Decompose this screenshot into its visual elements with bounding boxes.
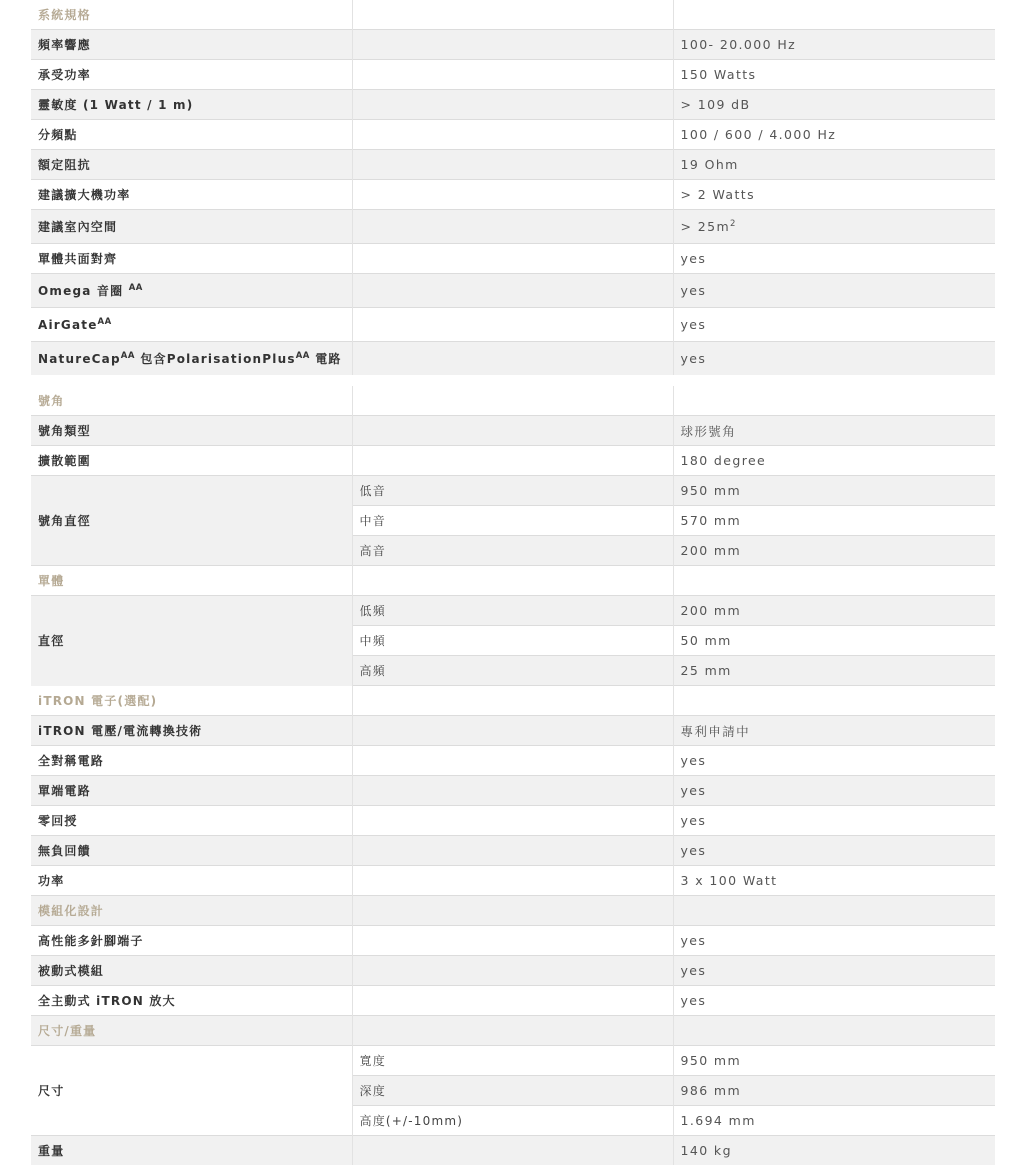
table-row: 建議室內空間 > 25m2	[31, 210, 995, 244]
table-row: 全主動式 iTRON 放大 yes	[31, 986, 995, 1016]
row-label: 單體共面對齊	[31, 244, 352, 274]
row-value: yes	[673, 926, 995, 956]
row-label: 額定阻抗	[31, 150, 352, 180]
trademark-sup: AA	[98, 317, 112, 327]
table-row: 無負回饋 yes	[31, 836, 995, 866]
row-value: yes	[673, 274, 995, 308]
row-value: 3 x 100 Watt	[673, 866, 995, 896]
row-label: Omega 音圈 AA	[31, 274, 352, 308]
row-value: yes	[673, 244, 995, 274]
sub-label: 高度(+/-10mm)	[352, 1106, 673, 1136]
table-row: 單體共面對齊 yes	[31, 244, 995, 274]
row-label: 零回授	[31, 806, 352, 836]
row-value: 1.694 mm	[673, 1106, 995, 1136]
row-value: 25 mm	[673, 656, 995, 686]
label-text: AirGate	[38, 318, 98, 332]
value-text: > 25m	[681, 219, 731, 234]
row-label: 功率	[31, 866, 352, 896]
table-row: iTRON 電壓/電流轉換技術 專利申請中	[31, 716, 995, 746]
row-label: 重量	[31, 1136, 352, 1166]
table-row: 功率 3 x 100 Watt	[31, 866, 995, 896]
section-header-horn: 號角	[31, 386, 995, 416]
row-value: 50 mm	[673, 626, 995, 656]
row-value: 180 degree	[673, 446, 995, 476]
row-value: yes	[673, 806, 995, 836]
label-text: Omega 音圈	[38, 284, 129, 298]
row-value: yes	[673, 956, 995, 986]
row-value: 專利申請中	[673, 716, 995, 746]
row-value: > 109 dB	[673, 90, 995, 120]
table-row: Omega 音圈 AA yes	[31, 274, 995, 308]
table-row: 頻率響應 100- 20.000 Hz	[31, 30, 995, 60]
table-row: 直徑 低頻 200 mm	[31, 596, 995, 626]
table-row: 號角類型 球形號角	[31, 416, 995, 446]
row-label: 擴散範圍	[31, 446, 352, 476]
row-value: yes	[673, 776, 995, 806]
sub-label: 低頻	[352, 596, 673, 626]
section-spacer	[31, 375, 995, 386]
table-row: 號角直徑 低音 950 mm	[31, 476, 995, 506]
row-value: yes	[673, 986, 995, 1016]
table-row: 單端電路 yes	[31, 776, 995, 806]
row-label: 建議室內空間	[31, 210, 352, 244]
row-value: 19 Ohm	[673, 150, 995, 180]
row-label: 分頻點	[31, 120, 352, 150]
table-row: 高性能多針腳端子 yes	[31, 926, 995, 956]
section-title: iTRON 電子(選配)	[31, 686, 352, 716]
trademark-sup: AA	[121, 351, 135, 361]
row-value: 950 mm	[673, 476, 995, 506]
row-label: 頻率響應	[31, 30, 352, 60]
row-label: 尺寸	[31, 1046, 352, 1136]
label-part: 包含PolarisationPlus	[135, 352, 296, 366]
row-value: 100 / 600 / 4.000 Hz	[673, 120, 995, 150]
section-header-itron: iTRON 電子(選配)	[31, 686, 995, 716]
row-label: iTRON 電壓/電流轉換技術	[31, 716, 352, 746]
row-label: 直徑	[31, 596, 352, 686]
row-value: yes	[673, 836, 995, 866]
section-header-driver: 單體	[31, 566, 995, 596]
section-title: 單體	[31, 566, 352, 596]
row-value: > 2 Watts	[673, 180, 995, 210]
spec-table: 系統規格 頻率響應 100- 20.000 Hz 承受功率 150 Watts …	[31, 0, 995, 1165]
label-part: NatureCap	[38, 352, 121, 366]
row-value: 200 mm	[673, 536, 995, 566]
row-label: AirGateAA	[31, 308, 352, 342]
row-label: 全主動式 iTRON 放大	[31, 986, 352, 1016]
trademark-sup: AA	[129, 283, 143, 293]
section-header-system: 系統規格	[31, 0, 995, 30]
section-title: 系統規格	[31, 0, 352, 30]
label-part: 電路	[310, 352, 342, 366]
row-value: 950 mm	[673, 1046, 995, 1076]
table-row: 靈敏度 (1 Watt / 1 m) > 109 dB	[31, 90, 995, 120]
table-row: 額定阻抗 19 Ohm	[31, 150, 995, 180]
row-label: 全對稱電路	[31, 746, 352, 776]
section-title: 模組化設計	[31, 896, 352, 926]
row-value: 140 kg	[673, 1136, 995, 1166]
row-value: 100- 20.000 Hz	[673, 30, 995, 60]
row-label: 靈敏度 (1 Watt / 1 m)	[31, 90, 352, 120]
table-row: 擴散範圍 180 degree	[31, 446, 995, 476]
row-value: yes	[673, 308, 995, 342]
table-row: AirGateAA yes	[31, 308, 995, 342]
table-row: 被動式模組 yes	[31, 956, 995, 986]
row-value: yes	[673, 342, 995, 376]
sub-label: 中音	[352, 506, 673, 536]
row-value: 986 mm	[673, 1076, 995, 1106]
table-row: 尺寸 寬度 950 mm	[31, 1046, 995, 1076]
row-value: > 25m2	[673, 210, 995, 244]
row-label: 號角類型	[31, 416, 352, 446]
row-value: 200 mm	[673, 596, 995, 626]
row-label: NatureCapAA 包含PolarisationPlusAA 電路	[31, 342, 352, 376]
row-value: 570 mm	[673, 506, 995, 536]
row-label: 建議擴大機功率	[31, 180, 352, 210]
row-value: yes	[673, 746, 995, 776]
superscript: 2	[730, 219, 736, 229]
section-header-modular: 模組化設計	[31, 896, 995, 926]
sub-label: 中頻	[352, 626, 673, 656]
section-title: 尺寸/重量	[31, 1016, 352, 1046]
row-label: 承受功率	[31, 60, 352, 90]
table-row: NatureCapAA 包含PolarisationPlusAA 電路 yes	[31, 342, 995, 376]
row-label: 被動式模組	[31, 956, 352, 986]
trademark-sup: AA	[296, 351, 310, 361]
sub-label: 低音	[352, 476, 673, 506]
sub-label: 寬度	[352, 1046, 673, 1076]
row-value: 球形號角	[673, 416, 995, 446]
table-row: 承受功率 150 Watts	[31, 60, 995, 90]
row-label: 高性能多針腳端子	[31, 926, 352, 956]
table-row: 建議擴大機功率 > 2 Watts	[31, 180, 995, 210]
table-row: 重量 140 kg	[31, 1136, 995, 1166]
row-label: 無負回饋	[31, 836, 352, 866]
row-label: 號角直徑	[31, 476, 352, 566]
sub-label: 深度	[352, 1076, 673, 1106]
table-row: 零回授 yes	[31, 806, 995, 836]
row-label: 單端電路	[31, 776, 352, 806]
sub-label: 高頻	[352, 656, 673, 686]
spec-table-container: 系統規格 頻率響應 100- 20.000 Hz 承受功率 150 Watts …	[31, 0, 995, 1165]
row-value: 150 Watts	[673, 60, 995, 90]
table-row: 分頻點 100 / 600 / 4.000 Hz	[31, 120, 995, 150]
table-row: 全對稱電路 yes	[31, 746, 995, 776]
sub-label: 高音	[352, 536, 673, 566]
section-header-dimensions: 尺寸/重量	[31, 1016, 995, 1046]
section-title: 號角	[31, 386, 352, 416]
